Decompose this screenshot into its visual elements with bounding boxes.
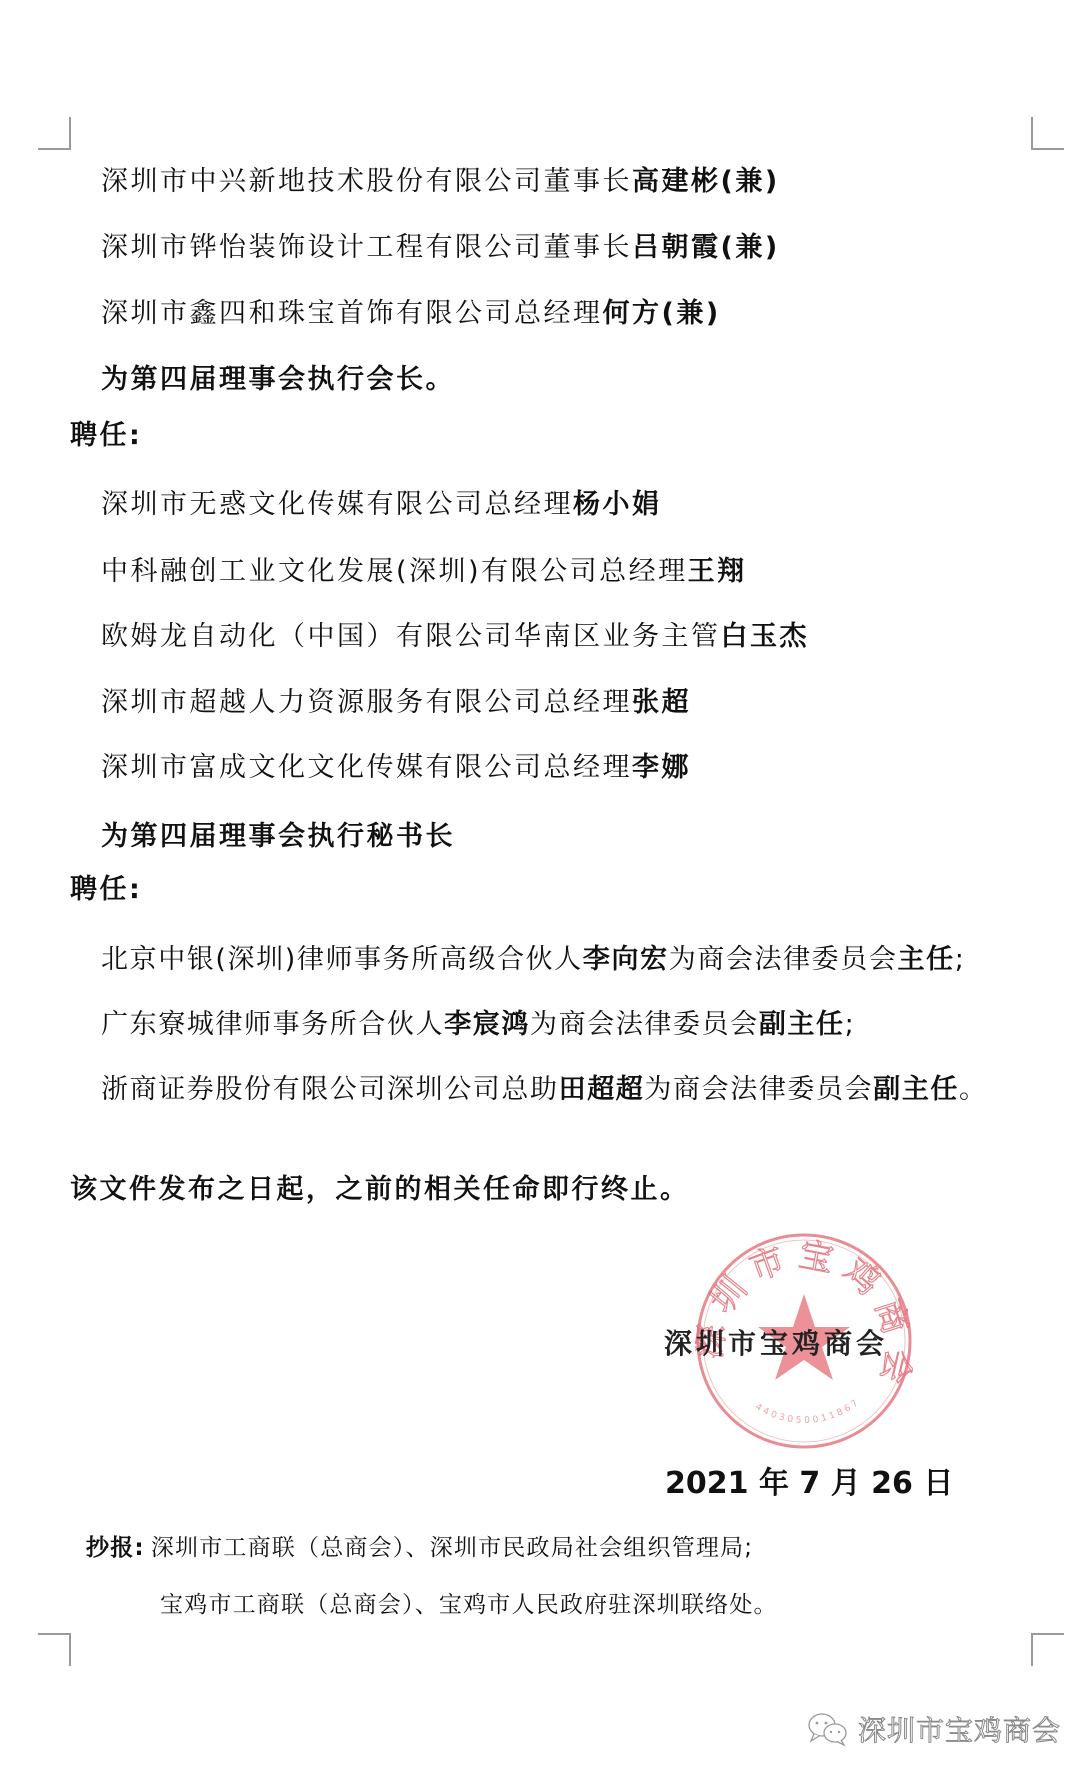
section-heading: 聘任: (70, 873, 142, 907)
appointment-line: 深圳市鑫四和珠宝首饰有限公司总经理何方(兼) (101, 297, 721, 331)
committee-name: 为商会法律委员会 (644, 1074, 873, 1105)
appointee-title: 深圳市超越人力资源服务有限公司总经理 (101, 687, 632, 718)
punctuation: ; (845, 1009, 856, 1040)
appointee-name: 高建彬(兼) (632, 166, 780, 197)
appointee-name: 田超超 (559, 1074, 645, 1105)
cc-recipients: 深圳市工商联（总商会）、深圳市民政局社会组织管理局; (151, 1535, 753, 1561)
appointment-line: 中科融创工业文化发展(深圳)有限公司总经理王翔 (101, 555, 747, 589)
appointee-name: 何方(兼) (603, 298, 721, 329)
appointee-title: 中科融创工业文化发展(深圳)有限公司总经理 (101, 556, 688, 587)
appointee-name: 李宸鸿 (444, 1009, 530, 1040)
section-conclusion: 为第四届理事会执行会长。 (101, 363, 455, 397)
appointment-line: 浙商证券股份有限公司深圳公司总助田超超为商会法律委员会副主任。 (101, 1073, 988, 1107)
appointee-title: 广东寮城律师事务所合伙人 (101, 1009, 444, 1040)
termination-notice: 该文件发布之日起，之前的相关任命即行终止。 (70, 1173, 690, 1207)
appointee-title: 深圳市中兴新地技术股份有限公司董事长 (101, 166, 632, 197)
appointment-line: 欧姆龙自动化（中国）有限公司华南区业务主管白玉杰 (101, 620, 809, 654)
punctuation: ; (955, 944, 966, 975)
committee-role: 主任 (898, 944, 955, 975)
appointee-title: 深圳市无惑文化传媒有限公司总经理 (101, 489, 573, 520)
appointee-name: 李向宏 (583, 944, 669, 975)
appointee-name: 吕朝霞(兼) (632, 232, 780, 263)
wechat-icon (806, 1711, 850, 1747)
watermark-text: 深圳市宝鸡商会 (858, 1709, 1061, 1749)
watermark: 深圳市宝鸡商会 (806, 1710, 1061, 1748)
committee-name: 为商会法律委员会 (669, 944, 898, 975)
crop-mark-bottom-right (1031, 1633, 1064, 1666)
appointment-line: 广东寮城律师事务所合伙人李宸鸿为商会法律委员会副主任; (101, 1008, 855, 1042)
appointment-line: 深圳市超越人力资源服务有限公司总经理张超 (101, 686, 691, 720)
punctuation: 。 (959, 1074, 988, 1105)
appointee-title: 深圳市富成文化文化传媒有限公司总经理 (101, 752, 632, 783)
svg-text:4403050011867: 4403050011867 (753, 1397, 862, 1426)
signing-organization: 深圳市宝鸡商会 (664, 1322, 888, 1362)
appointee-title: 浙商证券股份有限公司深圳公司总助 (101, 1074, 559, 1105)
signing-date: 2021 年 7 月 26 日 (665, 1458, 953, 1502)
appointee-name: 王翔 (688, 556, 747, 587)
appointee-name: 杨小娟 (573, 489, 662, 520)
appointee-title: 深圳市鑫四和珠宝首饰有限公司总经理 (101, 298, 603, 329)
committee-role: 副主任 (759, 1009, 845, 1040)
cc-label: 抄报: (86, 1535, 145, 1561)
appointee-name: 白玉杰 (721, 621, 810, 652)
committee-role: 副主任 (873, 1074, 959, 1105)
appointee-name: 张超 (632, 687, 691, 718)
appointee-title: 欧姆龙自动化（中国）有限公司华南区业务主管 (101, 621, 721, 652)
appointment-line: 深圳市铧怡装饰设计工程有限公司董事长吕朝霞(兼) (101, 231, 780, 265)
appointment-line: 北京中银(深圳)律师事务所高级合伙人李向宏为商会法律委员会主任; (101, 943, 965, 977)
appointment-line: 深圳市富成文化文化传媒有限公司总经理李娜 (101, 751, 691, 785)
cc-line-2: 宝鸡市工商联（总商会）、宝鸡市人民政府驻深圳联络处。 (160, 1590, 778, 1620)
crop-mark-top-left (38, 117, 71, 150)
section-conclusion: 为第四届理事会执行秘书长 (101, 820, 455, 854)
crop-mark-bottom-left (38, 1633, 71, 1666)
appointee-name: 李娜 (632, 752, 691, 783)
appointment-line: 深圳市无惑文化传媒有限公司总经理杨小娟 (101, 488, 662, 522)
crop-mark-top-right (1031, 117, 1064, 150)
committee-name: 为商会法律委员会 (530, 1009, 759, 1040)
section-heading: 聘任: (70, 419, 142, 453)
appointee-title: 北京中银(深圳)律师事务所高级合伙人 (101, 944, 583, 975)
cc-line-1: 抄报:深圳市工商联（总商会）、深圳市民政局社会组织管理局; (86, 1533, 753, 1563)
appointee-title: 深圳市铧怡装饰设计工程有限公司董事长 (101, 232, 632, 263)
appointment-line: 深圳市中兴新地技术股份有限公司董事长高建彬(兼) (101, 165, 780, 199)
